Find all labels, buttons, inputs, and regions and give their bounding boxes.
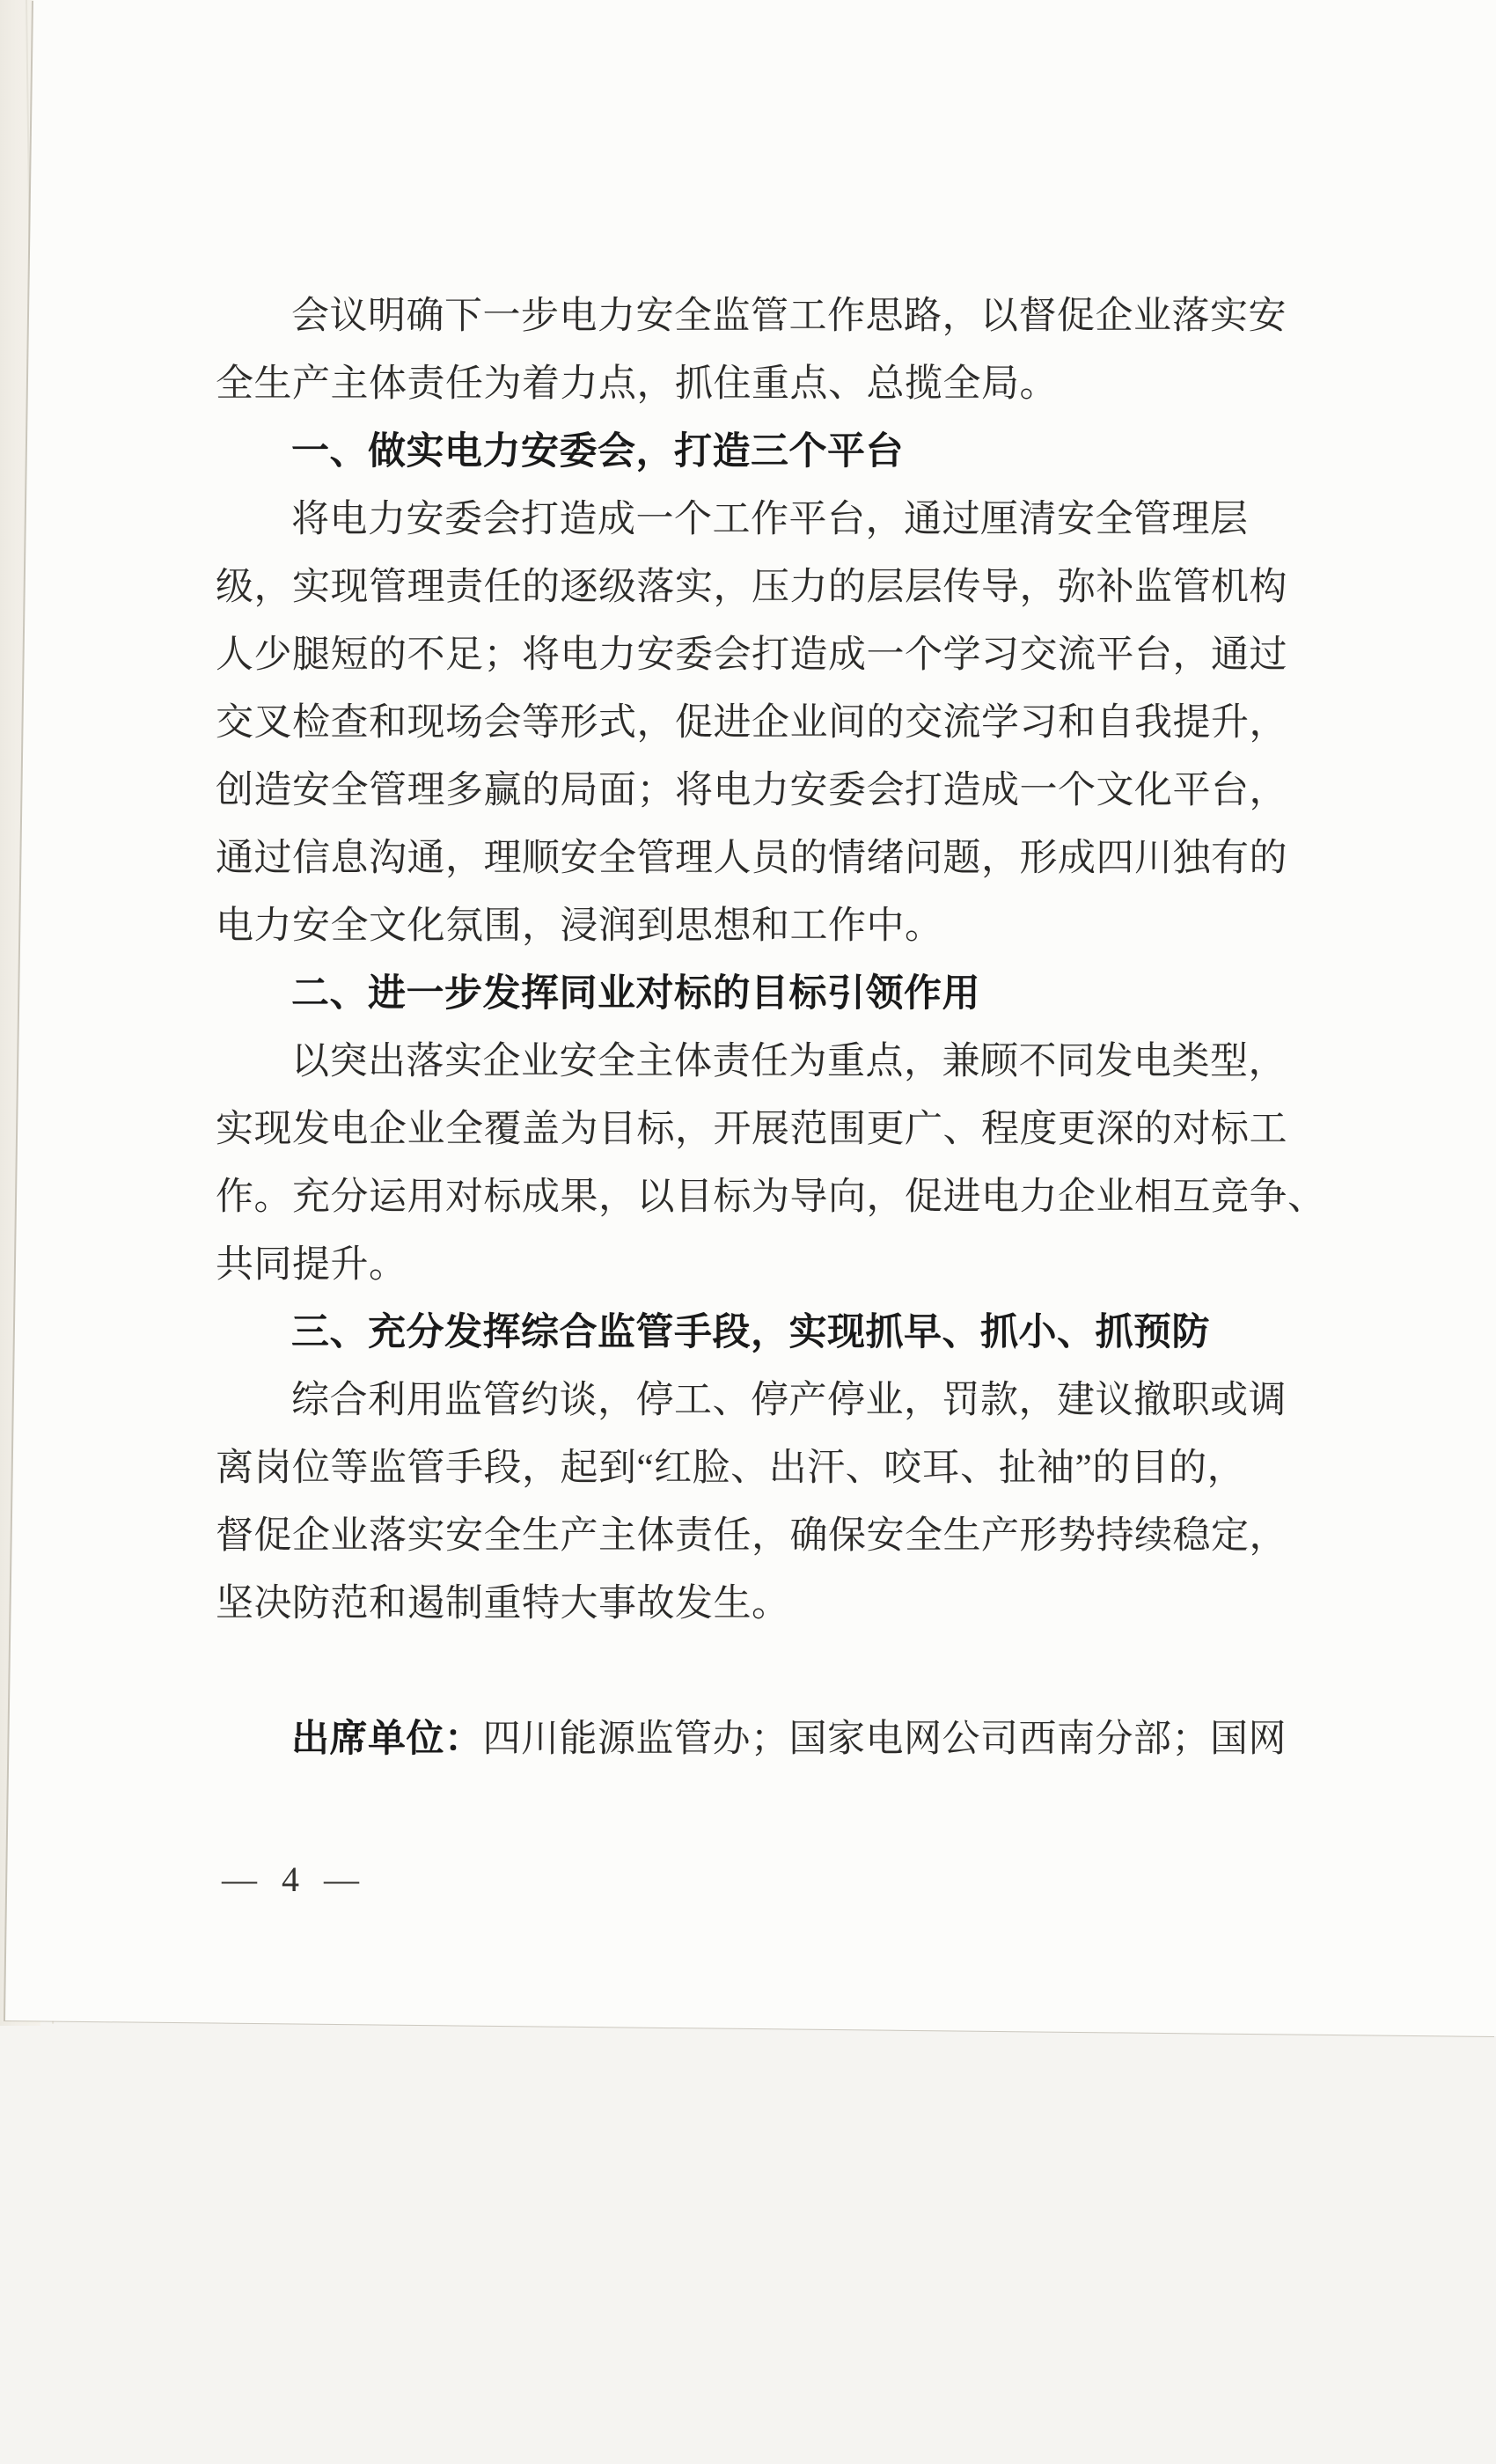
document-body: 会议明确下一步电力安全监管工作思路，以督促企业落实安全生产主体责任为着力点，抓住… [216,282,1307,1773]
text-line: 创造安全管理多赢的局面；将电力安委会打造成一个文化平台， [216,757,1307,825]
section-heading: 二、进一步发挥同业对标的目标引领作用 [216,960,1307,1028]
attendees-label: 出席单位： [291,1718,483,1760]
page-number: — 4 — [222,1859,361,1900]
text-line: 离岗位等监管手段，起到“红脸、出汗、咬耳、扯袖”的目的， [216,1434,1307,1502]
text-line: 共同提升。 [216,1231,1307,1299]
text-line: 实现发电企业全覆盖为目标，开展范围更广、程度更深的对标工 [216,1096,1307,1163]
text-line: 综合利用监管约谈，停工、停产停业，罚款，建议撤职或调 [216,1367,1307,1434]
text-line: 将电力安委会打造成一个工作平台，通过厘清安全管理层 [216,486,1307,554]
section-heading: 一、做实电力安委会，打造三个平台 [216,418,1307,486]
text-line: 坚决防范和遏制重特大事故发生。 [216,1570,1307,1638]
blank-line [216,1638,1307,1705]
text-line: 全生产主体责任为着力点，抓住重点、总揽全局。 [216,350,1307,418]
attendees-line: 出席单位：四川能源监管办；国家电网公司西南分部；国网 [216,1705,1307,1773]
text-line: 督促企业落实安全生产主体责任，确保安全生产形势持续稳定， [216,1502,1307,1570]
text-line: 交叉检查和现场会等形式，促进企业间的交流学习和自我提升， [216,689,1307,757]
text-line: 通过信息沟通，理顺安全管理人员的情绪问题，形成四川独有的 [216,825,1307,892]
text-line: 作。充分运用对标成果，以目标为导向，促进电力企业相互竞争、 [216,1163,1307,1231]
text-line: 会议明确下一步电力安全监管工作思路，以督促企业落实安 [216,282,1307,350]
text-line: 人少腿短的不足；将电力安委会打造成一个学习交流平台，通过 [216,621,1307,689]
section-heading: 三、充分发挥综合监管手段，实现抓早、抓小、抓预防 [216,1299,1307,1367]
attendees-text: 四川能源监管办；国家电网公司西南分部；国网 [483,1719,1287,1760]
scan-canvas: 会议明确下一步电力安全监管工作思路，以督促企业落实安全生产主体责任为着力点，抓住… [0,0,1496,2464]
text-line: 电力安全文化氛围，浸润到思想和工作中。 [216,892,1307,960]
text-line: 级，实现管理责任的逐级落实，压力的层层传导，弥补监管机构 [216,554,1307,621]
text-line: 以突出落实企业安全主体责任为重点，兼顾不同发电类型， [216,1028,1307,1096]
